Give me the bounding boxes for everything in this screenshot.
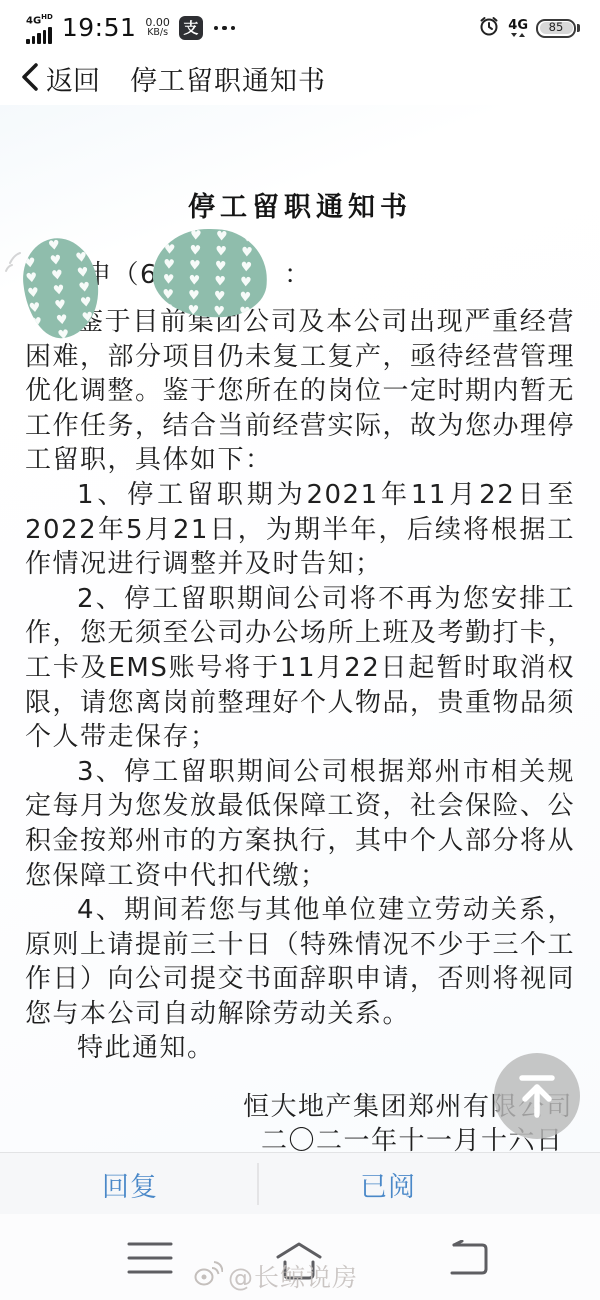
page-title: 停工留职通知书 [130,59,326,98]
weibo-watermark: @长鲸说房 [193,1258,358,1294]
paragraph: 2、停工留职期间公司将不再为您安排工作，您无须至公司办公场所上班及考勤打卡，工卡… [25,582,575,755]
document-salutation: 申（62： [25,258,575,292]
mark-read-button[interactable]: 已阅 [318,1153,458,1215]
recents-menu-button[interactable] [126,1240,174,1279]
menu-icon [126,1264,174,1279]
paragraph: 鉴于目前集团公司及本公司出现严重经营困难，部分项目仍未复工复产，亟待经营管理优化… [25,305,575,478]
phone-screen: 4GHD 19:51 0.00 KB/s 支 4G [0,0,600,1300]
status-bar: 4GHD 19:51 0.00 KB/s 支 4G [0,0,600,52]
more-notifications-icon [214,26,236,31]
system-back-button[interactable] [444,1240,490,1281]
network-speed: 0.00 KB/s [145,17,170,38]
paragraph: 4、期间若您与其他单位建立劳动关系，原则上请提前三十日（特殊情况不少于三个工作日… [25,893,575,1031]
battery-percent: 85 [540,22,573,34]
back-label: 返回 [46,59,100,98]
weibo-icon [193,1259,223,1293]
mobile-data-icon: 4G [508,19,528,37]
status-time: 19:51 [62,13,137,42]
paragraph: 特此通知。 [25,1031,575,1066]
paragraph: 1、停工留职期为2021年11月22日至2022年5月21日，为期半年，后续将根… [25,478,575,582]
document-body: 鉴于目前集团公司及本公司出现严重经营困难，部分项目仍未复工复产，亟待经营管理优化… [25,305,575,1066]
battery-icon: 85 [536,19,580,38]
signal-strength-icon: 4GHD [26,12,53,44]
nav-bar: 返回 停工留职通知书 [0,52,600,105]
action-bar: 回复 已阅 [0,1152,600,1214]
document-photo: 停工留职通知书 申（62： 鉴于目前集团公司及本公司出现严重经营困难，部分项目仍… [0,105,600,1152]
back-button[interactable]: 返回 [20,59,100,98]
alarm-clock-icon [478,15,500,41]
watermark-text: @长鲸说房 [228,1258,358,1294]
arrow-up-to-line-icon [514,1071,560,1122]
alipay-notification-icon: 支 [179,16,203,40]
document-title: 停工留职通知书 [25,191,575,225]
back-arrow-icon [444,1266,490,1281]
paragraph: 3、停工留职期间公司根据郑州市相关规定每月为您发放最低保障工资，社会保险、公积金… [25,755,575,893]
reply-button[interactable]: 回复 [60,1153,200,1215]
divider [257,1163,259,1205]
system-nav-bar: @长鲸说房 [0,1214,600,1300]
chevron-left-icon [20,62,40,96]
scroll-to-top-button[interactable] [494,1053,580,1139]
